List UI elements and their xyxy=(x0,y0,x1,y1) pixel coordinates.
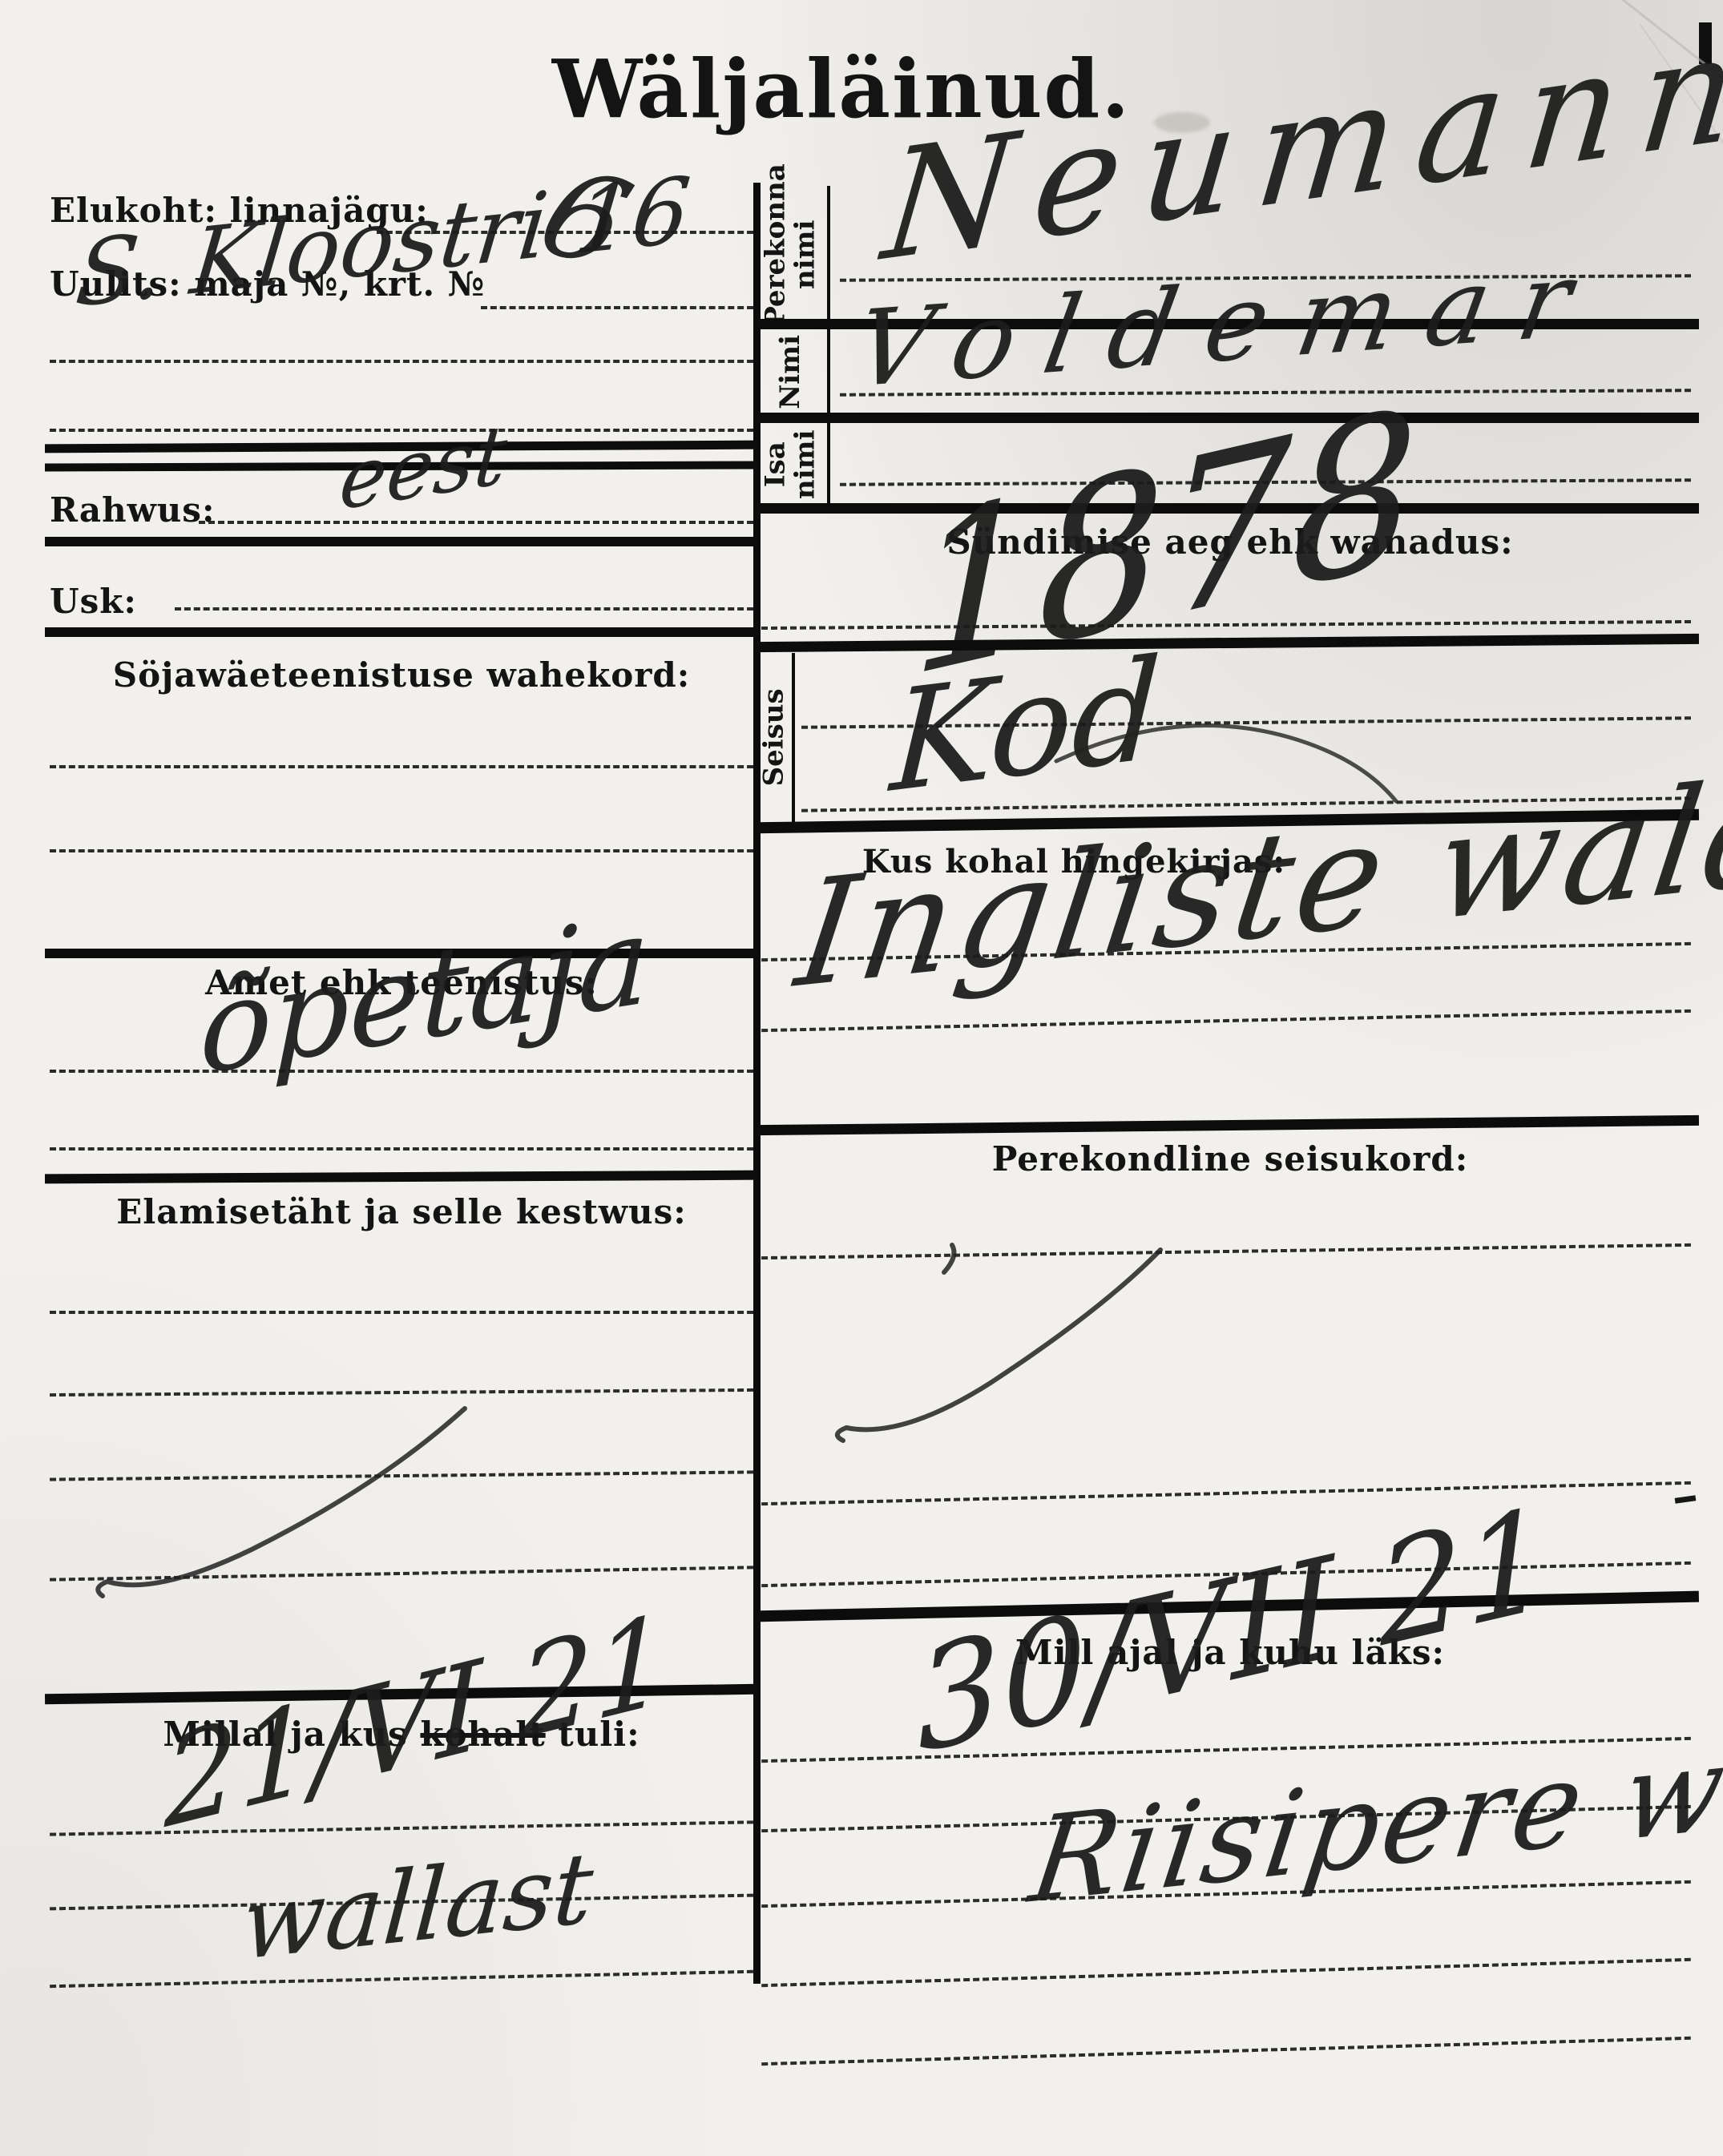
handwritten-stroke xyxy=(80,1386,481,1610)
nimi-label: Nimi xyxy=(776,335,805,409)
mill-ajal-date-handwritten: 30/VII 21 xyxy=(913,1488,1553,1774)
dotted-line xyxy=(761,2037,1691,2065)
dotted-line xyxy=(50,1970,753,1988)
millal-tuli-place-handwritten: wallast xyxy=(239,1838,596,1974)
isa-nimi-cell: Isa nimi xyxy=(755,425,825,505)
sublabel-divider xyxy=(792,653,795,823)
dotted-line xyxy=(481,306,753,309)
handwritten-stroke xyxy=(825,1226,1170,1458)
scan-artifact xyxy=(1675,1495,1697,1504)
rule xyxy=(45,1171,757,1184)
rule xyxy=(45,537,757,546)
rahwus-label: Rahwus: xyxy=(50,490,215,530)
dotted-line xyxy=(50,1070,753,1073)
dotted-line xyxy=(50,360,753,363)
amet-handwritten: õpetaja xyxy=(199,898,651,1093)
elamisetaht-label: Elamisetäht ja selle kestwus: xyxy=(50,1192,753,1231)
sojawae-label: Söjawäeteenistuse wahekord: xyxy=(50,655,753,695)
rule xyxy=(45,627,757,637)
dotted-line xyxy=(50,1147,753,1151)
dotted-line xyxy=(50,765,753,768)
dotted-line xyxy=(50,1311,753,1314)
isa-nimi-label: Isa nimi xyxy=(761,429,819,500)
dotted-line xyxy=(761,1009,1691,1032)
nimi-cell: Nimi xyxy=(755,332,825,411)
dotted-line xyxy=(50,849,753,852)
sublabel-divider xyxy=(827,186,830,505)
perekondline-label: Perekondline seisukord: xyxy=(761,1139,1699,1179)
dotted-line xyxy=(175,607,753,611)
rule xyxy=(757,1115,1699,1135)
dotted-line xyxy=(761,1958,1691,1987)
seisus-label: Seisus xyxy=(760,688,789,786)
rahwus-handwritten: eest xyxy=(337,413,510,522)
seisus-cell: Seisus xyxy=(757,663,792,811)
perekonna-nimi-label: Perekonna nimi xyxy=(761,183,819,327)
millal-tuli-date-handwritten: 21/VI 21 xyxy=(164,1598,668,1847)
scanned-registration-card: Wäljaläinud. Elukoht: linnajägu: Uulits:… xyxy=(0,0,1723,2156)
dotted-line xyxy=(761,1481,1691,1505)
dotted-line xyxy=(199,521,753,524)
perekonna-nimi-cell: Perekonna nimi xyxy=(755,191,825,319)
dotted-line xyxy=(50,1820,753,1836)
usk-label: Usk: xyxy=(50,582,137,621)
